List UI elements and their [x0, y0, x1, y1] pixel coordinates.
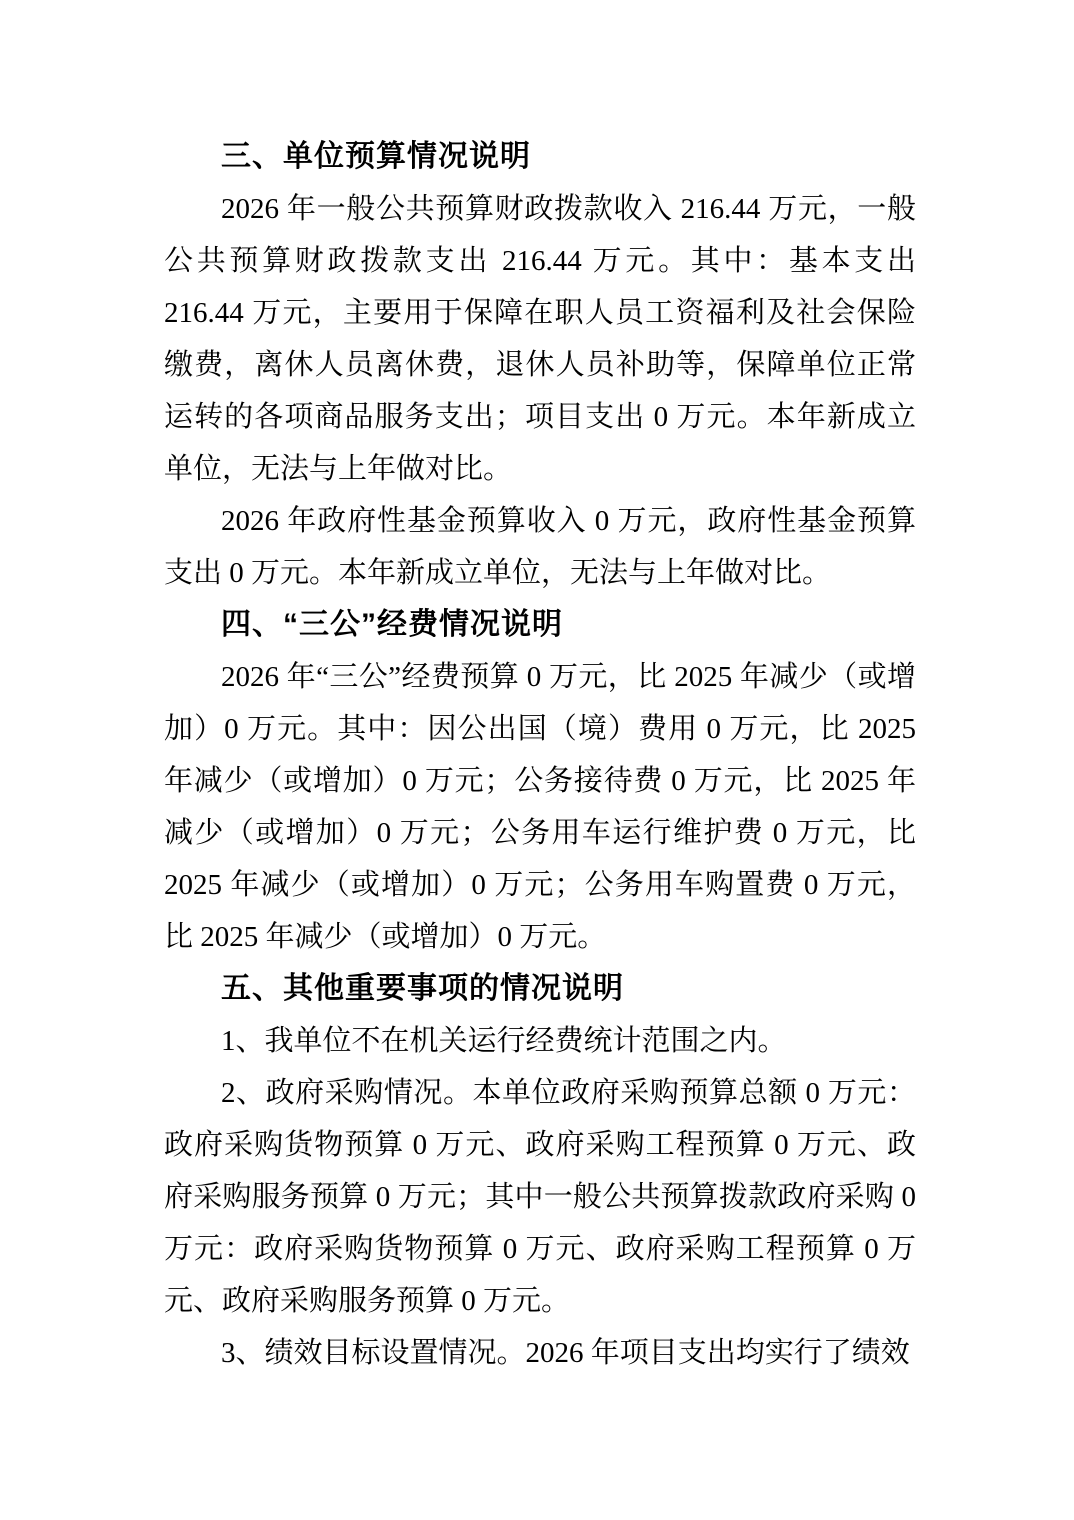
paragraph-government-fund-budget: 2026 年政府性基金预算收入 0 万元，政府性基金预算支出 0 万元。本年新成…: [164, 495, 916, 599]
paragraph-general-public-budget: 2026 年一般公共预算财政拨款收入 216.44 万元，一般公共预算财政拨款支…: [164, 183, 916, 495]
section-heading-three-public-expenses: 四、“三公”经费情况说明: [164, 599, 916, 651]
paragraph-item-3-performance-targets: 3、绩效目标设置情况。2026 年项目支出均实行了绩效: [164, 1327, 916, 1379]
paragraph-three-public-expenses: 2026 年“三公”经费预算 0 万元，比 2025 年减少（或增加）0 万元。…: [164, 651, 916, 963]
paragraph-item-1-agency-operating-funds: 1、我单位不在机关运行经费统计范围之内。: [164, 1015, 916, 1067]
section-heading-other-important-matters: 五、其他重要事项的情况说明: [164, 963, 916, 1015]
section-heading-unit-budget: 三、单位预算情况说明: [164, 131, 916, 183]
document-content: 三、单位预算情况说明 2026 年一般公共预算财政拨款收入 216.44 万元，…: [164, 131, 916, 1379]
document-page: 三、单位预算情况说明 2026 年一般公共预算财政拨款收入 216.44 万元，…: [0, 0, 1074, 1520]
paragraph-item-2-government-procurement: 2、政府采购情况。本单位政府采购预算总额 0 万元：政府采购货物预算 0 万元、…: [164, 1067, 916, 1327]
